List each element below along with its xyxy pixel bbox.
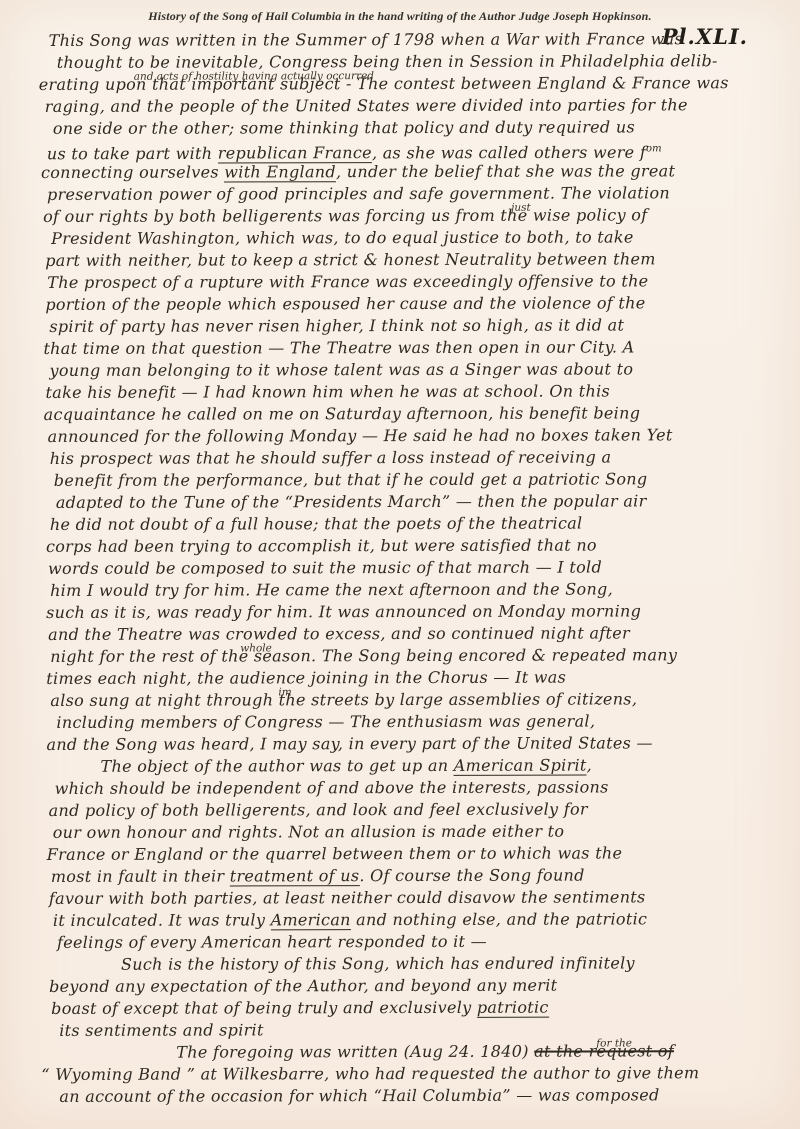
manuscript-line: portion of the people which espoused her… bbox=[45, 292, 779, 316]
interline-insertion: and acts of hostility having actually oc… bbox=[134, 65, 374, 88]
manuscript-text: he did not doubt of a full house; that t… bbox=[50, 514, 583, 534]
manuscript-line: it inculcated. It was truly American and… bbox=[53, 908, 781, 932]
manuscript-text: one side or the other; some thinking tha… bbox=[53, 117, 635, 138]
manuscript-line: our own honour and rights. Not an allusi… bbox=[53, 820, 781, 844]
manuscript-text: beyond any expectation of the Author, an… bbox=[49, 976, 557, 996]
manuscript-line: and the Theatre was crowded to excess, a… bbox=[48, 622, 780, 646]
manuscript-text: corps had been trying to accomplish it, … bbox=[46, 536, 597, 556]
manuscript-line: benefit from the performance, but that i… bbox=[54, 468, 780, 492]
manuscript-line: favour with both parties, at least neith… bbox=[49, 886, 781, 910]
manuscript-line: him I would try for him. He came the nex… bbox=[50, 578, 780, 602]
manuscript-text: and nothing else, and the patriotic bbox=[351, 909, 648, 929]
manuscript-text: om bbox=[646, 143, 662, 154]
manuscript-text: portion of the people which espoused her… bbox=[45, 293, 645, 314]
manuscript-text: including members of Congress — The enth… bbox=[56, 712, 595, 732]
manuscript-line: such as it is, was ready for him. It was… bbox=[46, 600, 780, 624]
manuscript-line: acquaintance he called on me on Saturday… bbox=[44, 402, 780, 426]
manuscript-line: he did not doubt of a full house; that t… bbox=[50, 512, 780, 536]
manuscript-line: France or England or the quarrel between… bbox=[47, 842, 781, 866]
manuscript-text: it inculcated. It was truly bbox=[53, 910, 271, 930]
manuscript-text: favour with both parties, at least neith… bbox=[49, 887, 646, 908]
manuscript-line: young man belonging to it whose talent w… bbox=[49, 358, 779, 382]
manuscript-text: times each night, the audience joining i… bbox=[46, 668, 566, 688]
manuscript-text: night for the rest of the season. The So… bbox=[50, 645, 677, 666]
manuscript-text: and the Song was heard, I may say, in ev… bbox=[46, 733, 652, 754]
manuscript-text: adapted to the Tune of the “Presidents M… bbox=[56, 491, 647, 512]
manuscript-text: treatment of us bbox=[230, 866, 360, 886]
manuscript-text: announced for the following Monday — He … bbox=[48, 425, 673, 446]
manuscript-line: which should be independent of and above… bbox=[55, 776, 781, 800]
manuscript-text: The object of the author was to get up a… bbox=[100, 756, 453, 776]
manuscript-line: that time on that question — The Theatre… bbox=[43, 336, 779, 360]
manuscript-line: Such is the history of this Song, which … bbox=[121, 952, 781, 976]
manuscript-line: of our rights by both belligerents was f… bbox=[43, 204, 779, 228]
manuscript-line: feelings of every American heart respond… bbox=[57, 930, 781, 954]
manuscript-line: corps had been trying to accomplish it, … bbox=[46, 534, 780, 558]
manuscript-line: adapted to the Tune of the “Presidents M… bbox=[56, 490, 780, 514]
manuscript-line: take his benefit — I had known him when … bbox=[46, 380, 780, 404]
manuscript-text: benefit from the performance, but that i… bbox=[54, 469, 648, 490]
manuscript-text: . Of course the Song found bbox=[359, 866, 584, 886]
interline-insertion: for the bbox=[596, 1032, 632, 1054]
manuscript-line: his prospect was that he should suffer a… bbox=[50, 446, 780, 470]
manuscript-line: its sentiments and spirit bbox=[59, 1018, 781, 1042]
manuscript-line: including members of Congress — The enth… bbox=[56, 710, 780, 734]
manuscript-text: part with neither, but to keep a strict … bbox=[45, 249, 656, 270]
manuscript-line: and policy of both belligerents, and loo… bbox=[49, 798, 781, 822]
manuscript-line: President Washington, which was, to do e… bbox=[51, 226, 779, 250]
manuscript-text: of our rights by both belligerents was f… bbox=[43, 205, 647, 226]
interline-insertion: whole bbox=[240, 637, 272, 659]
manuscript-line: an account of the occasion for which “Ha… bbox=[59, 1084, 781, 1108]
manuscript-line: also sung at night through the streets b… bbox=[50, 688, 780, 712]
manuscript-text: an account of the occasion for which “Ha… bbox=[59, 1085, 659, 1106]
manuscript-text: , bbox=[587, 756, 592, 775]
manuscript-text: most in fault in their bbox=[51, 866, 230, 885]
manuscript-text: American Spirit bbox=[454, 756, 587, 776]
manuscript-line: part with neither, but to keep a strict … bbox=[45, 248, 779, 272]
manuscript-text: our own honour and rights. Not an allusi… bbox=[53, 822, 565, 842]
manuscript-text: him I would try for him. He came the nex… bbox=[50, 579, 613, 599]
manuscript-text: its sentiments and spirit bbox=[59, 1020, 264, 1040]
manuscript-text: President Washington, which was, to do e… bbox=[51, 227, 634, 248]
manuscript-text: such as it is, was ready for him. It was… bbox=[46, 601, 641, 622]
manuscript-text: , as she was called others were f bbox=[372, 143, 646, 163]
manuscript-text: preservation power of good principles an… bbox=[47, 183, 670, 204]
manuscript-page: History of the Song of Hail Columbia in … bbox=[0, 0, 800, 1129]
manuscript-text: with England bbox=[224, 162, 336, 182]
manuscript-text: young man belonging to it whose talent w… bbox=[49, 359, 633, 380]
manuscript-text: his prospect was that he should suffer a… bbox=[50, 447, 612, 467]
page-caption: History of the Song of Hail Columbia in … bbox=[0, 9, 800, 24]
manuscript-text: “ Wyoming Band ” at Wilkesbarre, who had… bbox=[41, 1063, 699, 1084]
manuscript-line: raging, and the people of the United Sta… bbox=[45, 94, 779, 118]
manuscript-text: patriotic bbox=[477, 998, 549, 1018]
manuscript-text: raging, and the people of the United Sta… bbox=[45, 95, 688, 116]
manuscript-text: France or England or the quarrel between… bbox=[47, 843, 623, 864]
manuscript-body: This Song was written in the Summer of 1… bbox=[39, 28, 782, 1108]
manuscript-line: times each night, the audience joining i… bbox=[46, 666, 780, 690]
manuscript-text: , under the belief that she was the grea… bbox=[336, 161, 675, 181]
manuscript-text: The foregoing was written (Aug 24. 1840) bbox=[176, 1042, 534, 1062]
manuscript-line: one side or the other; some thinking tha… bbox=[53, 116, 779, 140]
manuscript-line: night for the rest of the season. The So… bbox=[50, 644, 780, 668]
manuscript-line: erating upon that important subject - Th… bbox=[39, 72, 779, 96]
manuscript-text: which should be independent of and above… bbox=[55, 777, 609, 797]
manuscript-text: words could be composed to suit the musi… bbox=[48, 557, 602, 577]
manuscript-text: spirit of party has never risen higher, … bbox=[49, 315, 624, 336]
manuscript-text: take his benefit — I had known him when … bbox=[46, 381, 611, 401]
manuscript-line: The object of the author was to get up a… bbox=[100, 754, 780, 778]
manuscript-text: connecting ourselves bbox=[41, 162, 224, 181]
manuscript-text: American bbox=[271, 910, 351, 930]
manuscript-text: The prospect of a rupture with France wa… bbox=[47, 271, 648, 292]
manuscript-line: announced for the following Monday — He … bbox=[48, 424, 780, 448]
manuscript-text: and policy of both belligerents, and loo… bbox=[49, 800, 588, 820]
manuscript-line: connecting ourselves with England, under… bbox=[41, 160, 779, 184]
manuscript-line: boast of except that of being truly and … bbox=[51, 996, 781, 1020]
manuscript-line: The prospect of a rupture with France wa… bbox=[47, 270, 779, 294]
manuscript-line: The foregoing was written (Aug 24. 1840)… bbox=[176, 1040, 781, 1064]
manuscript-text: also sung at night through the streets b… bbox=[50, 689, 637, 710]
manuscript-line: most in fault in their treatment of us. … bbox=[51, 864, 781, 888]
interline-insertion: im bbox=[278, 681, 291, 703]
manuscript-line: This Song was written in the Summer of 1… bbox=[49, 28, 779, 52]
manuscript-line: us to take part with republican France, … bbox=[47, 138, 779, 162]
manuscript-line: spirit of party has never risen higher, … bbox=[49, 314, 779, 338]
manuscript-line: preservation power of good principles an… bbox=[47, 182, 779, 206]
manuscript-line: “ Wyoming Band ” at Wilkesbarre, who had… bbox=[41, 1062, 781, 1086]
manuscript-text: feelings of every American heart respond… bbox=[57, 932, 487, 952]
manuscript-text: us to take part with bbox=[47, 144, 218, 163]
manuscript-text: and the Theatre was crowded to excess, a… bbox=[48, 623, 630, 644]
manuscript-text: This Song was written in the Summer of 1… bbox=[49, 29, 683, 50]
manuscript-line: and the Song was heard, I may say, in ev… bbox=[46, 732, 780, 756]
manuscript-text: boast of except that of being truly and … bbox=[51, 998, 477, 1018]
manuscript-text: acquaintance he called on me on Saturday… bbox=[44, 403, 641, 424]
interline-insertion: just bbox=[511, 197, 531, 219]
manuscript-text: Such is the history of this Song, which … bbox=[121, 953, 635, 973]
manuscript-line: words could be composed to suit the musi… bbox=[48, 556, 780, 580]
manuscript-line: beyond any expectation of the Author, an… bbox=[49, 974, 781, 998]
manuscript-text: that time on that question — The Theatre… bbox=[43, 337, 634, 358]
